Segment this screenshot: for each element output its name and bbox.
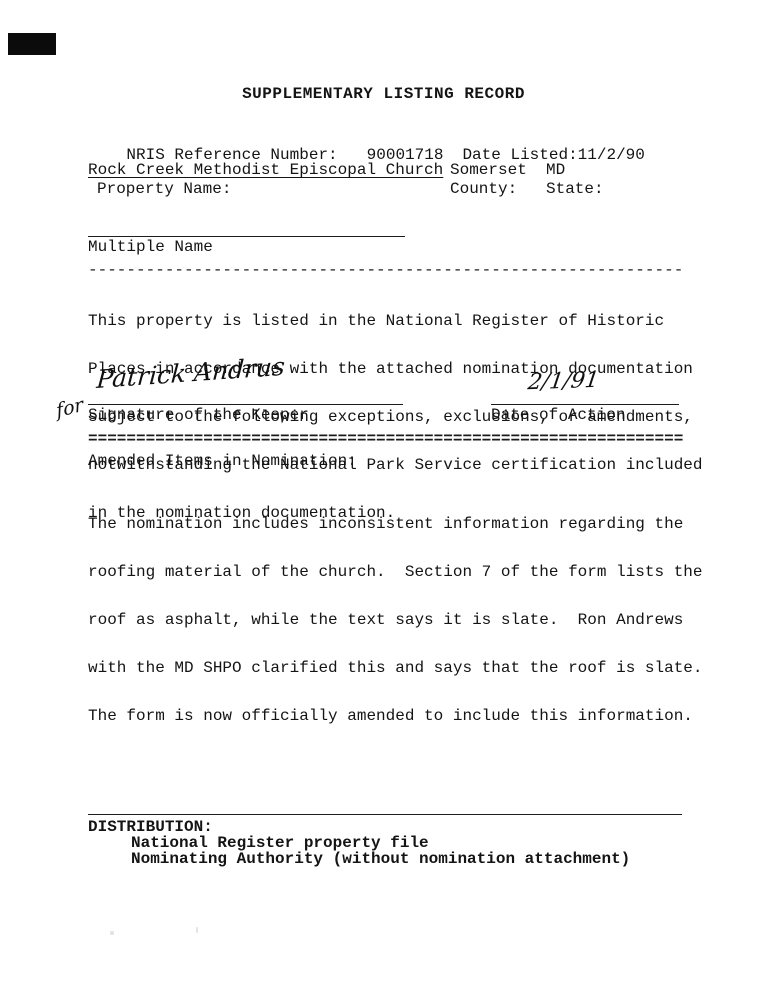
multiple-name-label: Multiple Name: [88, 239, 213, 255]
date-listed-value: 11/2/90: [578, 146, 645, 164]
county-label: County:: [450, 181, 517, 197]
distribution-item: Nominating Authority (without nomination…: [131, 851, 630, 867]
date-rule: [491, 404, 679, 405]
amended-items-paragraph: The nomination includes inconsistent inf…: [88, 484, 703, 756]
property-name-label: Property Name:: [97, 181, 231, 197]
signature-of-keeper-label: Signature of the Keeper: [88, 407, 309, 423]
document-page: SUPPLEMENTARY LISTING RECORD NRIS Refere…: [0, 0, 767, 1000]
state-label: State:: [546, 181, 604, 197]
scan-artifact-mark: [8, 33, 56, 55]
distribution-rule: [88, 814, 682, 815]
keeper-signature-prefix: for: [55, 397, 84, 420]
amended-line: roof as asphalt, while the text says it …: [88, 612, 703, 628]
date-of-action-label: Date of Action: [491, 407, 625, 423]
amended-line: with the MD SHPO clarified this and says…: [88, 660, 703, 676]
county-value: Somerset: [450, 162, 527, 178]
property-name-value: Rock Creek Methodist Episcopal Church: [88, 162, 443, 178]
amended-line: The form is now officially amended to in…: [88, 708, 703, 724]
certification-line: This property is listed in the National …: [88, 313, 703, 329]
multiple-name-rule: [88, 236, 405, 237]
scan-speck: [110, 931, 114, 935]
amended-line: roofing material of the church. Section …: [88, 564, 703, 580]
signature-rule: [88, 404, 403, 405]
state-value: MD: [546, 162, 565, 178]
double-divider: ========================================…: [88, 431, 683, 447]
date-of-action-script: 2/1/91: [527, 373, 600, 392]
amended-items-heading: Amended Items in Nomination:: [88, 453, 357, 469]
dashed-divider: ----------------------------------------…: [88, 262, 683, 278]
distribution-heading: DISTRIBUTION:: [88, 819, 213, 835]
distribution-item: National Register property file: [131, 835, 429, 851]
page-title: SUPPLEMENTARY LISTING RECORD: [0, 86, 767, 102]
scan-speck: [196, 927, 198, 933]
amended-line: The nomination includes inconsistent inf…: [88, 516, 703, 532]
